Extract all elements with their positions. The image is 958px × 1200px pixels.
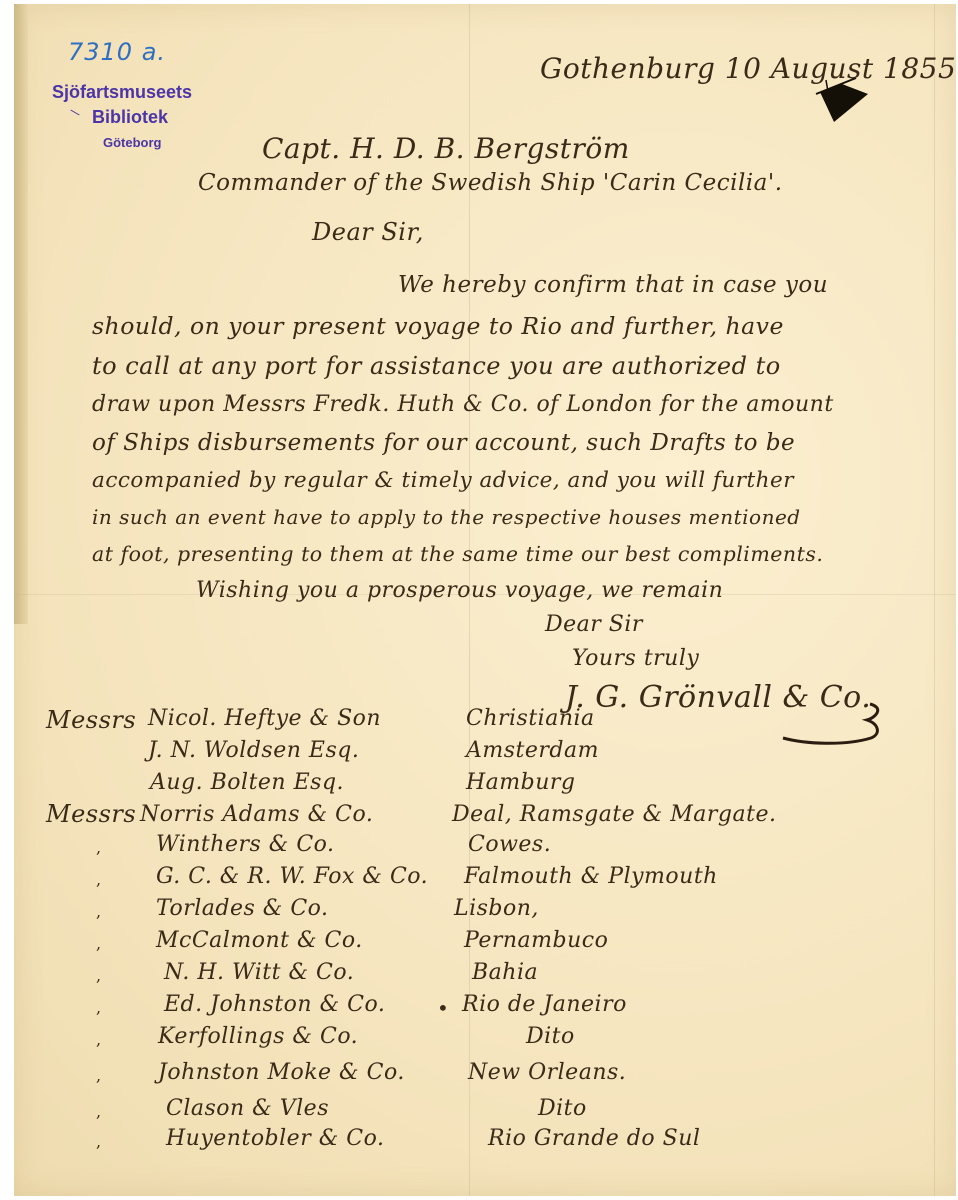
body-line: at foot, presenting to them at the same … [92,542,823,566]
body-line: of Ships disbursements for our account, … [92,430,795,456]
fold-line [934,4,935,1196]
agent-place: Dito [526,1024,575,1049]
agent-place: Bahia [472,960,538,985]
agent-place: Pernambuco [464,928,608,953]
agent-place: Rio de Janeiro [462,992,627,1017]
place-date: Gothenburg 10 August 1855 [540,52,956,85]
agent-name: Johnston Moke & Co. [158,1060,405,1085]
body-line: in such an event have to apply to the re… [92,505,801,529]
ditto-mark: , [96,838,101,857]
agent-name: Clason & Vles [166,1096,329,1121]
stamp-line-library: Bibliotek [92,107,168,128]
agent-place: New Orleans. [468,1060,626,1085]
body-line: should, on your present voyage to Rio an… [92,312,784,340]
agent-place: Christiania [466,706,595,731]
body-line: draw upon Messrs Fredk. Huth & Co. of Lo… [92,392,834,417]
agent-name: J. N. Woldsen Esq. [148,738,359,763]
agent-name: N. H. Witt & Co. [164,960,354,985]
agent-place: Lisbon, [454,896,539,921]
body-line: Wishing you a prosperous voyage, we rema… [196,578,723,603]
agent-place: Falmouth & Plymouth [464,864,718,889]
ditto-mark: , [96,934,101,953]
body-line: to call at any port for assistance you a… [92,352,781,380]
agent-name: Ed. Johnston & Co. [164,992,385,1017]
ditto-mark: , [96,902,101,921]
body-line: accompanied by regular & timely advice, … [92,468,794,493]
agents-prefix: Messrs [46,800,136,828]
agent-name: Norris Adams & Co. [140,802,373,827]
ditto-mark: , [96,1066,101,1085]
closing-salutation: Dear Sir [545,612,643,637]
ditto-mark: , [96,1030,101,1049]
agent-place: Dito [538,1096,587,1121]
agent-place: Cowes. [468,832,551,857]
stamp-line-museum: Sjöfartsmuseets [52,82,192,103]
ditto-mark: , [96,870,101,889]
agent-name: Huyentobler & Co. [166,1126,384,1151]
stamp-line-city: Göteborg [103,135,162,150]
agent-name: G. C. & R. W. Fox & Co. [156,864,428,889]
agent-place: Deal, Ramsgate & Margate. [452,802,776,827]
agents-prefix: Messrs [46,706,136,734]
agent-name: McCalmont & Co. [156,928,363,953]
addressee-title: Commander of the Swedish Ship 'Carin Cec… [198,170,783,196]
agent-place: Hamburg [466,770,576,795]
agent-name: Kerfollings & Co. [158,1024,358,1049]
ditto-mark: , [96,1132,101,1151]
ditto-mark: , [96,998,101,1017]
agent-place: Amsterdam [466,738,599,763]
catalog-number: 7310 a. [68,38,166,66]
agent-name: Winthers & Co. [156,832,335,857]
signature-flourish-icon [775,700,895,750]
bullet-mark: • [437,996,449,1020]
closing: Yours truly [572,646,699,671]
salutation: Dear Sir, [312,218,424,246]
body-line: We hereby confirm that in case you [398,272,828,298]
ditto-mark: , [96,1102,101,1121]
ditto-mark: , [96,966,101,985]
agent-name: Torlades & Co. [156,896,329,921]
agent-name: Aug. Bolten Esq. [150,770,344,795]
agent-place: Rio Grande do Sul [488,1126,700,1151]
addressee-name: Capt. H. D. B. Bergström [262,132,630,165]
agent-name: Nicol. Heftye & Son [148,706,381,731]
